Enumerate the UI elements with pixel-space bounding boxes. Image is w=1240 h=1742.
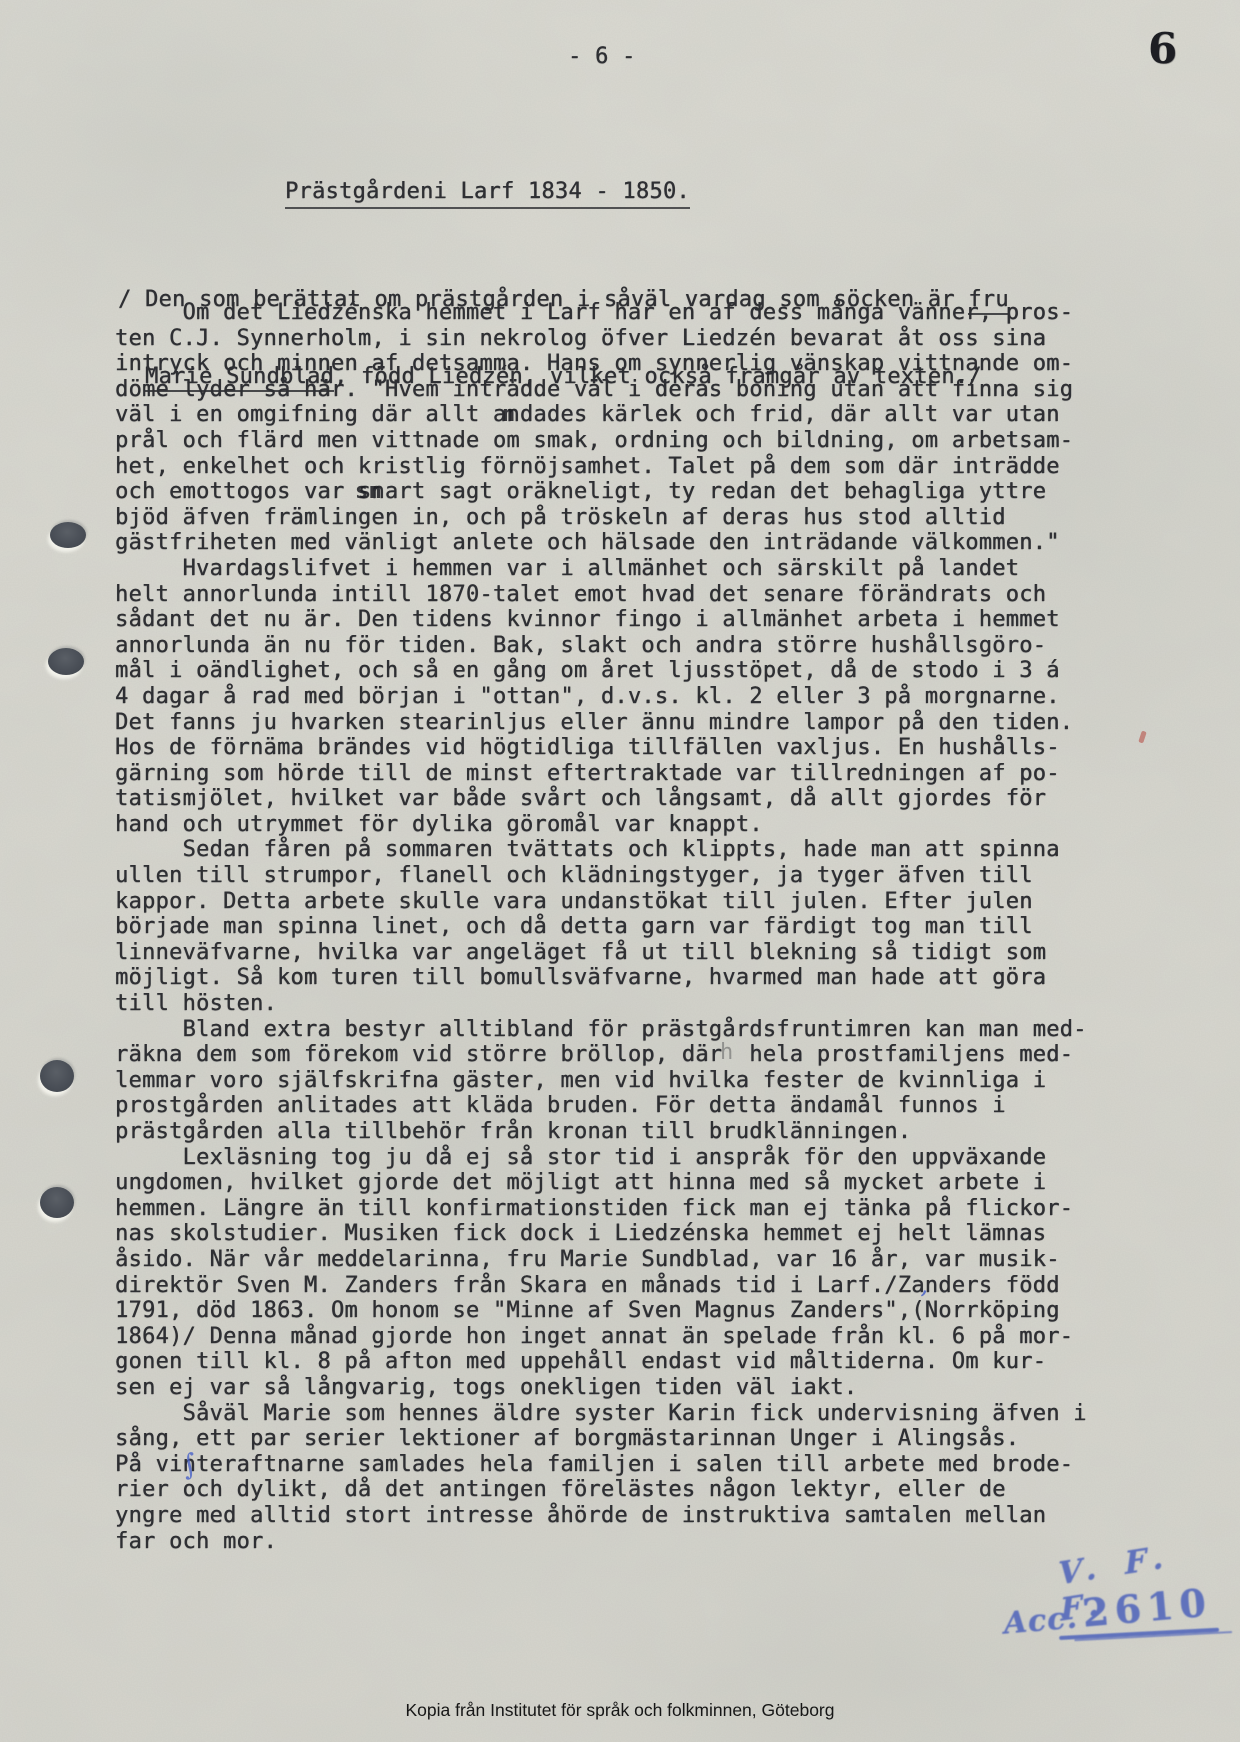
text-line: het, enkelhet och kristlig förnöjsamhet.… bbox=[115, 454, 1087, 480]
body-text: Om det Liedzénska hemmet i Larf har en a… bbox=[115, 300, 1087, 1554]
text-line: ten C.J. Synnerholm, i sin nekrolog öfve… bbox=[115, 326, 1087, 352]
typed-page-number: - 6 - bbox=[568, 44, 635, 70]
text-line: På vinteraftnarne samlades hela familjen… bbox=[115, 1452, 1087, 1478]
text-line: prostgården anlitades att kläda bruden. … bbox=[115, 1093, 1087, 1119]
text-line: Bland extra bestyr alltibland för prästg… bbox=[115, 1017, 1087, 1043]
text-line: nas skolstudier. Musiken fick dock i Lie… bbox=[115, 1221, 1087, 1247]
footer-caption: Kopia från Institutet för språk och folk… bbox=[0, 1700, 1240, 1721]
text-line: ungdomen, hvilket gjorde det möjligt att… bbox=[115, 1170, 1087, 1196]
text-line: Lexläsning tog ju då ej så stor tid i an… bbox=[115, 1145, 1087, 1171]
paragraph: Såväl Marie som hennes äldre syster Kari… bbox=[115, 1401, 1087, 1555]
paragraph: Bland extra bestyr alltibland för prästg… bbox=[115, 1017, 1087, 1145]
text-line: far och mor. bbox=[115, 1529, 1087, 1555]
text-line: annorlunda än nu för tiden. Bak, slakt o… bbox=[115, 633, 1087, 659]
stamped-page-number: 6 bbox=[1148, 24, 1177, 73]
text-line: lemmar voro själfskrifna gäster, men vid… bbox=[115, 1068, 1087, 1094]
text-line: gärning som hörde till de minst eftertra… bbox=[115, 761, 1087, 787]
text-line: bjöd äfven främlingen in, och på tröskel… bbox=[115, 505, 1087, 531]
text-line: började man spinna linet, och då detta g… bbox=[115, 914, 1087, 940]
text-line: direktör Sven M. Zanders från Skara en m… bbox=[115, 1273, 1087, 1299]
archive-accession-stamp: V. F. F. Acc. 2610 bbox=[994, 1534, 1233, 1664]
typewriter-overstrike-mark: n bbox=[502, 402, 516, 427]
text-line: hemmen. Längre än till konfirmationstide… bbox=[115, 1196, 1087, 1222]
text-line: prästgården alla tillbehör från kronan t… bbox=[115, 1119, 1087, 1145]
paragraph: Om det Liedzénska hemmet i Larf har en a… bbox=[115, 300, 1087, 556]
text-line: sådant det nu är. Den tidens kvinnor fin… bbox=[115, 607, 1087, 633]
punch-hole bbox=[50, 522, 86, 548]
text-line: Hvardagslifvet i hemmen var i allmänhet … bbox=[115, 556, 1087, 582]
text-line: Hos de förnäma brändes vid högtidliga ti… bbox=[115, 735, 1087, 761]
text-line: Det fanns ju hvarken stearinljus eller ä… bbox=[115, 710, 1087, 736]
text-line: Såväl Marie som hennes äldre syster Kari… bbox=[115, 1401, 1087, 1427]
text-line: döme lyder så här. "Hvem inträdde väl i … bbox=[115, 377, 1087, 403]
text-line: ullen till strumpor, flanell och klädnin… bbox=[115, 863, 1087, 889]
text-line: möjligt. Så kom turen till bomullsväfvar… bbox=[115, 965, 1087, 991]
text-line: hand och utrymmet för dylika göromål var… bbox=[115, 812, 1087, 838]
text-line: prål och flärd men vittnade om smak, ord… bbox=[115, 428, 1087, 454]
text-line: till hösten. bbox=[115, 991, 1087, 1017]
text-line: gästfriheten med vänligt anlete och häls… bbox=[115, 530, 1087, 556]
text-line: gonen till kl. 8 på afton med uppehåll e… bbox=[115, 1349, 1087, 1375]
text-line: 1864)/ Denna månad gjorde hon inget anna… bbox=[115, 1324, 1087, 1350]
faint-ghost-letter: h bbox=[720, 1040, 733, 1065]
text-line: 4 dagar å rad med början i "ottan", d.v.… bbox=[115, 684, 1087, 710]
text-line: 1791, död 1863. Om honom se "Minne af Sv… bbox=[115, 1298, 1087, 1324]
text-line: sen ej var så långvarig, togs onekligen … bbox=[115, 1375, 1087, 1401]
text-line: räkna dem som förekom vid större bröllop… bbox=[115, 1042, 1087, 1068]
punch-hole bbox=[40, 1060, 74, 1092]
document-title: Prästgårdeni Larf 1834 - 1850. bbox=[285, 179, 690, 205]
scanned-document-page: - 6 - 6 Prästgårdeni Larf 1834 - 1850. /… bbox=[0, 0, 1240, 1742]
typewriter-overstrike-mark: sn bbox=[355, 479, 382, 504]
red-ink-speck bbox=[1138, 731, 1146, 744]
text-line: intryck och minnen af detsamma. Hans om … bbox=[115, 351, 1087, 377]
text-line: mål i oändlighet, och så en gång om året… bbox=[115, 658, 1087, 684]
text-line: sång, ett par serier lektioner af borgmä… bbox=[115, 1426, 1087, 1452]
text-line: rier och dylikt, då det antingen föreläs… bbox=[115, 1477, 1087, 1503]
punch-hole bbox=[40, 1187, 74, 1218]
text-line: helt annorlunda intill 1870-talet emot h… bbox=[115, 582, 1087, 608]
text-line: linneväfvarne, hvilka var angeläget få u… bbox=[115, 940, 1087, 966]
text-line: Om det Liedzénska hemmet i Larf har en a… bbox=[115, 300, 1087, 326]
text-line: åsido. När vår meddelarinna, fru Marie S… bbox=[115, 1247, 1087, 1273]
document-title-text: Prästgårdeni Larf 1834 - 1850. bbox=[285, 179, 690, 209]
paragraph: Sedan fåren på sommaren tvättats och kli… bbox=[115, 837, 1087, 1016]
text-line: yngre med alltid stort intresse åhörde d… bbox=[115, 1503, 1087, 1529]
punch-hole bbox=[48, 648, 84, 675]
paragraph: Hvardagslifvet i hemmen var i allmänhet … bbox=[115, 556, 1087, 838]
text-line: kappor. Detta arbete skulle vara undanst… bbox=[115, 889, 1087, 915]
text-line: tatismjölet, hvilket var både svårt och … bbox=[115, 786, 1087, 812]
text-line: Sedan fåren på sommaren tvättats och kli… bbox=[115, 837, 1087, 863]
text-line: väl i en omgifning där allt andades kärl… bbox=[115, 402, 1087, 428]
paragraph: Lexläsning tog ju då ej så stor tid i an… bbox=[115, 1145, 1087, 1401]
text-line: och emottogos var snart sagt oräkneligt,… bbox=[115, 479, 1087, 505]
